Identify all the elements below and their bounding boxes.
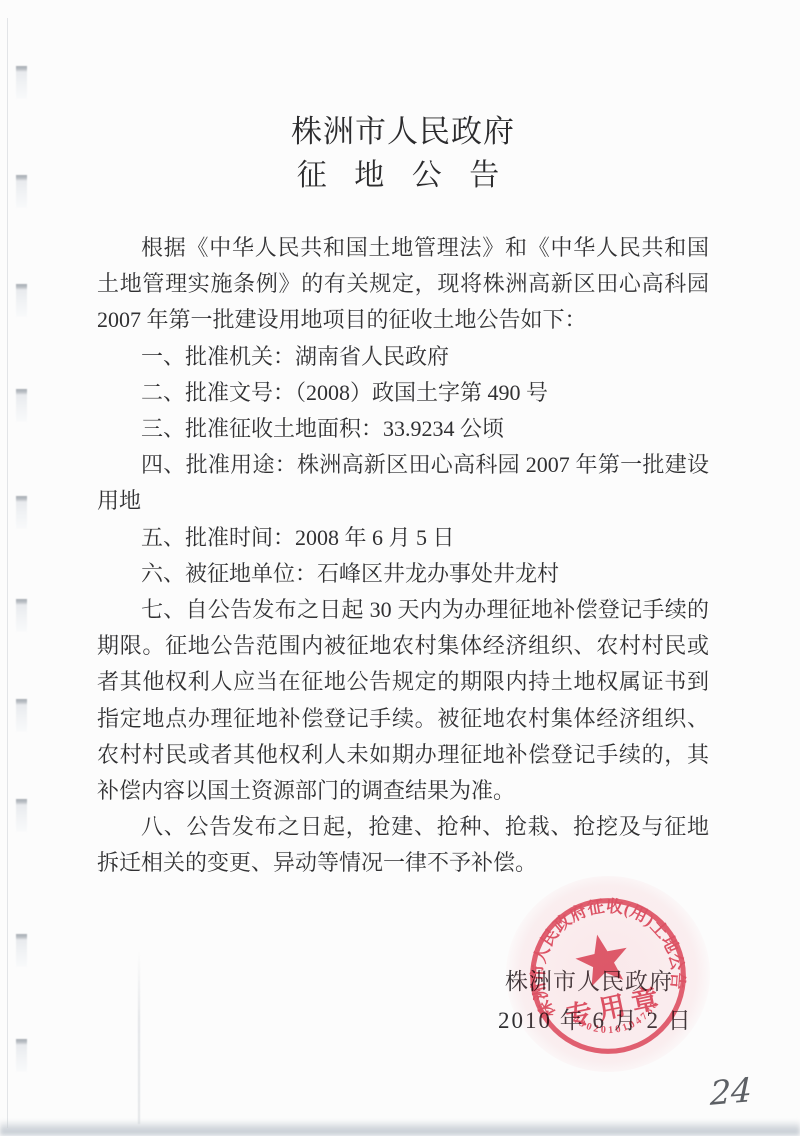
binder-hole bbox=[16, 66, 27, 99]
scanned-document-page: 株洲市人民政府 征 地 公 告 根据《中华人民共和国土地管理法》和《中华人民共和… bbox=[0, 0, 800, 1136]
document-subtitle: 征 地 公 告 bbox=[97, 150, 709, 194]
binder-hole bbox=[16, 1039, 27, 1072]
binder-hole bbox=[16, 496, 27, 529]
document-body: 根据《中华人民共和国土地管理法》和《中华人民共和国土地管理实施条例》的有关规定，… bbox=[97, 230, 709, 882]
binder-hole bbox=[16, 389, 27, 422]
binder-hole bbox=[16, 175, 27, 208]
intro-paragraph: 根据《中华人民共和国土地管理法》和《中华人民共和国土地管理实施条例》的有关规定，… bbox=[97, 230, 709, 339]
binder-hole bbox=[16, 699, 27, 732]
binder-hole bbox=[16, 799, 27, 832]
binder-hole bbox=[16, 934, 27, 967]
document-title: 株洲市人民政府 bbox=[97, 106, 709, 151]
star-icon bbox=[572, 929, 634, 988]
paper-crease bbox=[138, 952, 140, 1124]
handwritten-page-number: 24 bbox=[710, 1070, 753, 1113]
official-seal: 株洲市人民政府征收(用)土地公告 专用章 4302010104788 bbox=[496, 864, 720, 1088]
scan-bottom-shadow bbox=[0, 1120, 800, 1136]
item-4-approved-use: 四、批准用途：株洲高新区田心高科园 2007 年第一批建设用地 bbox=[97, 447, 709, 519]
page-edge-line bbox=[7, 18, 8, 1128]
item-5-approval-date: 五、批准时间：2008 年 6 月 5 日 bbox=[97, 520, 709, 556]
item-7-registration-deadline: 七、自公告发布之日起 30 天内为办理征地补偿登记手续的期限。征地公告范围内被征… bbox=[97, 592, 709, 809]
binder-hole bbox=[16, 284, 27, 317]
item-1-approving-authority: 一、批准机关：湖南省人民政府 bbox=[97, 339, 709, 375]
binder-hole bbox=[16, 599, 27, 632]
item-3-approved-land-area: 三、批准征收土地面积：33.9234 公顷 bbox=[97, 411, 709, 447]
item-6-expropriated-unit: 六、被征地单位：石峰区井龙办事处井龙村 bbox=[97, 556, 709, 592]
item-2-approval-number: 二、批准文号：（2008）政国土字第 490 号 bbox=[97, 375, 709, 411]
